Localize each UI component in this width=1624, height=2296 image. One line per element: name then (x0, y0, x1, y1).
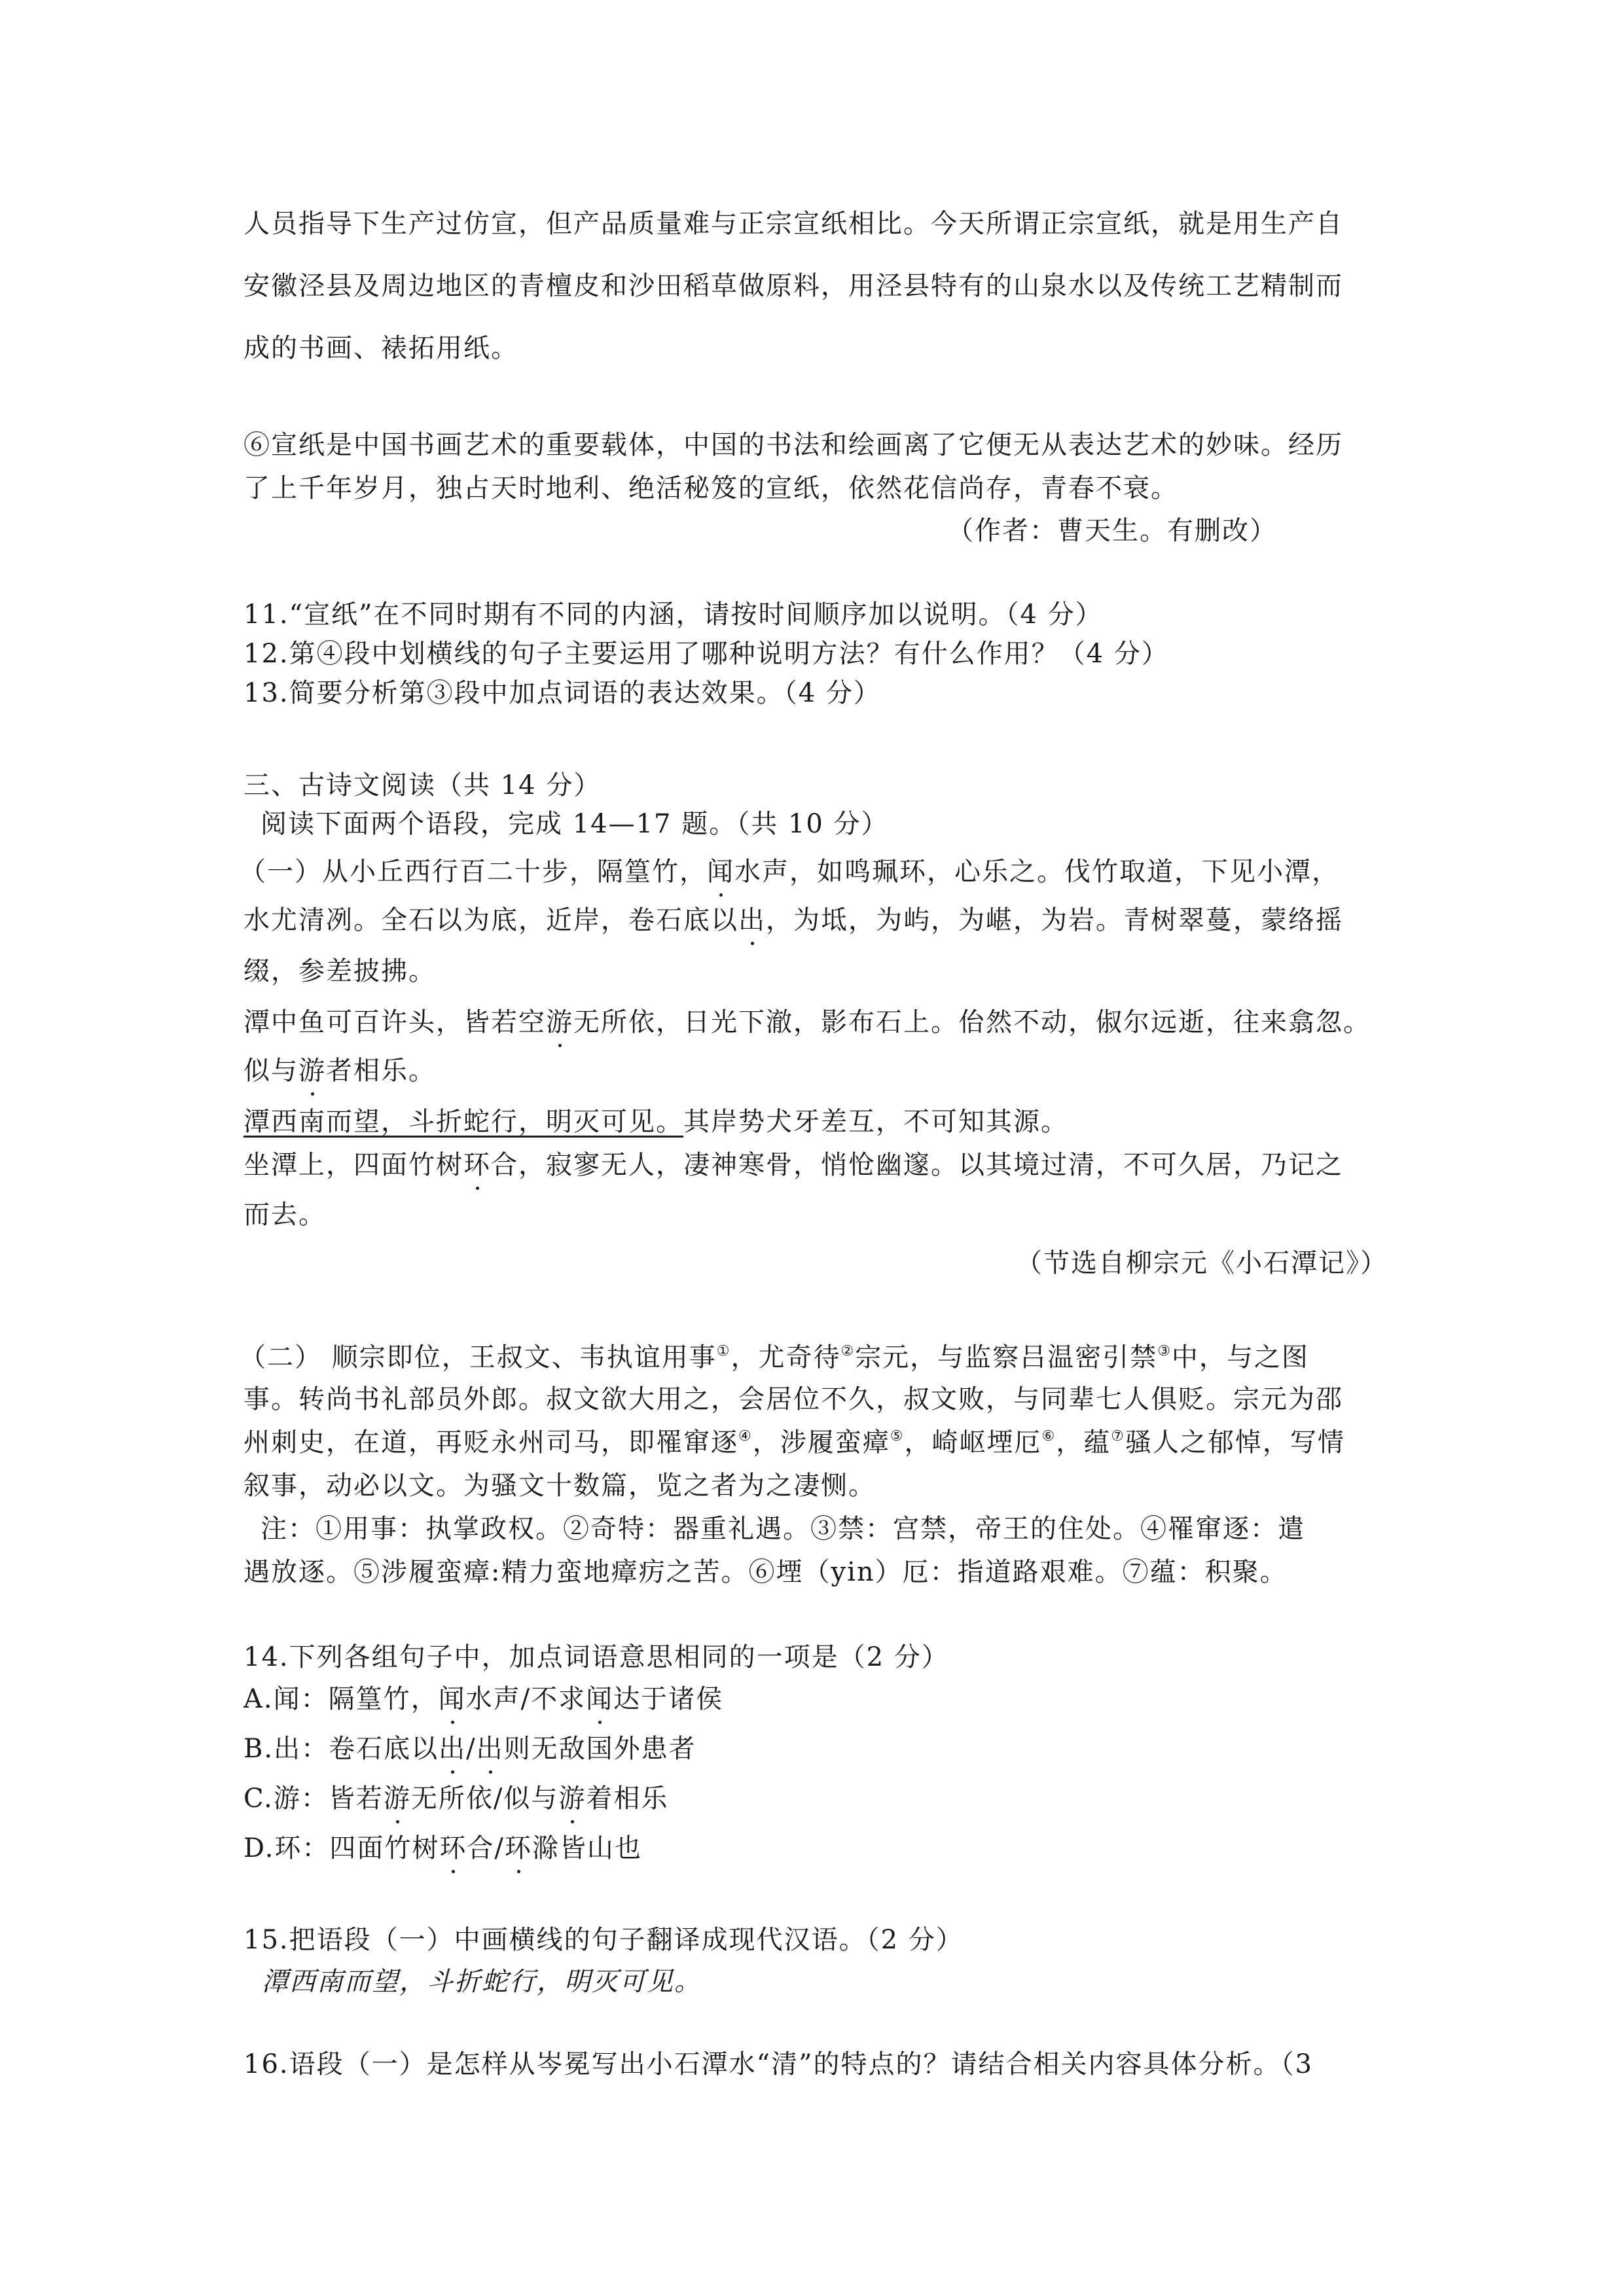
question-13: 13.简要分析第③段中加点词语的表达效果。（4 分） (244, 677, 881, 709)
q14-option-c: C.游：皆若游无所依/似与游着相乐 (244, 1783, 668, 1814)
emphasis-dot-word: 闻 (707, 856, 734, 888)
footnote-marker: ③ (1157, 1343, 1172, 1359)
passage2-line: 事。转尚书礼部员外郎。叔文欲大用之，会居位不久，叔文败，与同辈七人俱贬。宗元为邵 (244, 1384, 1343, 1415)
q14-option-b: B.出：卷石底以出/出则无敌国外患者 (244, 1733, 696, 1765)
question-15: 15.把语段（一）中画横线的句子翻译成现代汉语。（2 分） (244, 1924, 964, 1956)
footnote-marker: ⑦ (1111, 1428, 1125, 1444)
q14-option-d: D.环：四面竹树环合/环滁皆山也 (244, 1833, 642, 1864)
footnote-marker: ⑥ (1041, 1428, 1056, 1444)
passage2-line: 叙事，动必以文。为骚文十数篇，览之者为之凄恻。 (244, 1470, 876, 1501)
passage-line: 人员指导下生产过仿宣，但产品质量难与正宗宣纸相比。今天所谓正宗宣纸，就是用生产自 (244, 208, 1343, 240)
underlined-sentence: 潭西南而望，斗折蛇行，明灭可见。 (244, 1107, 683, 1137)
section-heading: 三、古诗文阅读（共 14 分） (244, 770, 601, 801)
passage1-line: 水尤清冽。全石以为底，近岸，卷石底以出，为坻，为屿，为嵁，为岩。青树翠蔓，蒙络摇 (244, 905, 1343, 936)
passage1-source: （节选自柳宗元《小石潭记》） (1016, 1247, 1388, 1279)
passage1-line: 缀，参差披拂。 (244, 956, 436, 987)
question-16: 16.语段（一）是怎样从岑冕写出小石潭水“清”的特点的？请结合相关内容具体分析。… (244, 2049, 1313, 2080)
emphasis-dot-word: 游 (546, 1007, 573, 1038)
q14-option-a: A.闻：隔篁竹，闻水声/不求闻达于诸侯 (244, 1683, 723, 1715)
question-11: 11.“宣纸”在不同时期有不同的内涵，请按时间顺序加以说明。（4 分） (244, 599, 1103, 630)
passage1-line: 似与游者相乐。 (244, 1055, 436, 1086)
footnote-marker: ④ (738, 1428, 753, 1444)
emphasis-dot-word: 出 (738, 905, 766, 936)
footnote-marker: ⑤ (890, 1428, 905, 1444)
passage1-line: 而去。 (244, 1199, 326, 1230)
footnote-marker: ② (840, 1343, 855, 1359)
emphasis-dot-word: 环 (463, 1149, 491, 1181)
notes-line: 遇放逐。⑤涉履蛮瘴:精力蛮地瘴疠之苦。⑥堙（yin）厄：指道路艰难。⑦蕴：积聚。 (244, 1556, 1288, 1588)
passage-line: 成的书画、裱拓用纸。 (244, 332, 518, 364)
attribution: （作者：曹天生。有删改） (947, 515, 1277, 547)
footnote-marker: ① (717, 1343, 731, 1359)
notes-line: 注：①用事：执掌政权。②奇特：器重礼遇。③禁：宫禁，帝王的住处。④罹窜逐：遣 (261, 1513, 1305, 1545)
passage1-line: （一）从小丘西行百二十步，隔篁竹，闻水声，如鸣珮环，心乐之。伐竹取道，下见小潭， (240, 856, 1339, 888)
question-14: 14.下列各组句子中，加点词语意思相同的一项是（2 分） (244, 1641, 949, 1673)
passage-line: 了上千年岁月，独占天时地利、绝活秘笈的宣纸，依然花信尚存，青春不衰。 (244, 473, 1178, 504)
passage2-line: 州刺史，在道，再贬永州司马，即罹窜逐④，涉履蛮瘴⑤，崎岖堙厄⑥，蕴⑦骚人之郁悼，… (244, 1427, 1345, 1458)
emphasis-dot-word: 游 (298, 1055, 326, 1086)
question-12: 12.第④段中划横线的句子主要运用了哪种说明方法？有什么作用？（4 分） (244, 638, 1169, 670)
section-instruction: 阅读下面两个语段，完成 14—17 题。（共 10 分） (261, 808, 889, 840)
passage-line: ⑥宣纸是中国书画艺术的重要载体，中国的书法和绘画离了它便无从表达艺术的妙味。经历 (244, 429, 1343, 461)
passage1-line: 潭西南而望，斗折蛇行，明灭可见。其岸势犬牙差互，不可知其源。 (244, 1106, 1068, 1138)
passage-line: 安徽泾县及周边地区的青檀皮和沙田稻草做原料，用泾县特有的山泉水以及传统工艺精制而 (244, 270, 1343, 302)
q15-quote: 潭西南而望，斗折蛇行，明灭可见。 (262, 1966, 702, 1998)
passage1-line: 潭中鱼可百许头，皆若空游无所依，日光下澈，影布石上。佁然不动，俶尔远逝，往来翕忽… (244, 1007, 1371, 1038)
passage2-line: （二） 顺宗即位，王叔文、韦执谊用事①，尤奇待②宗元，与监察吕温密引禁③中，与之… (240, 1342, 1309, 1373)
passage1-line: 坐潭上，四面竹树环合，寂寥无人，凄神寒骨，悄怆幽邃。以其境过清，不可久居，乃记之 (244, 1149, 1343, 1181)
